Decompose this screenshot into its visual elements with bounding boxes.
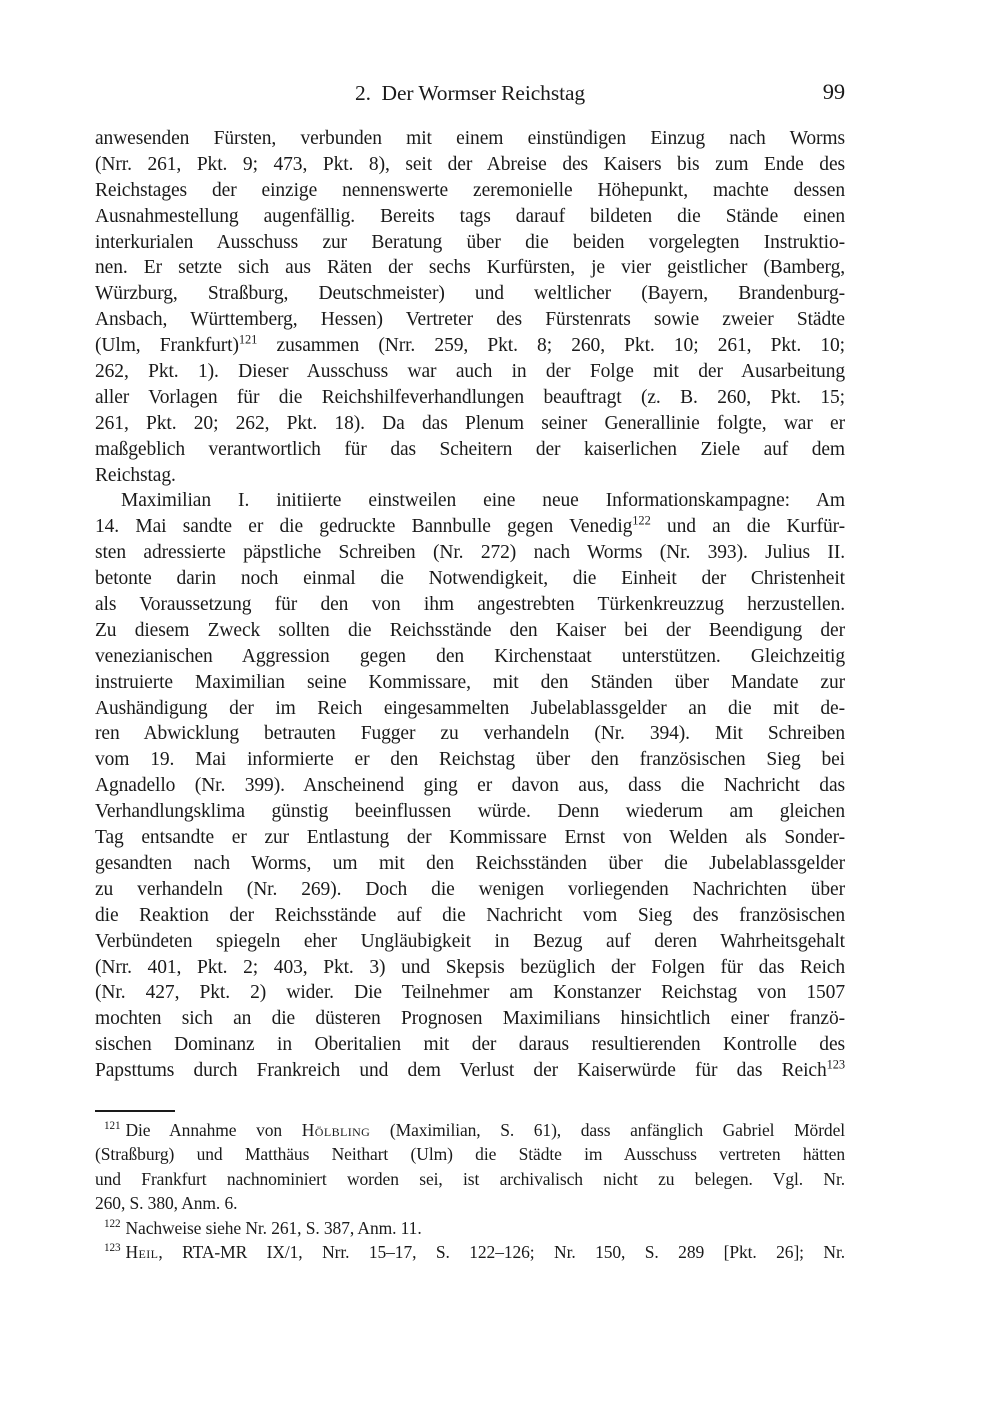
text-line: Tag entsandte er zur Entlastung der Komm…: [95, 825, 845, 851]
text-line: Ausnahmestellung augenfällig. Bereits ta…: [95, 204, 845, 230]
small-caps-name: Hölbling: [302, 1120, 371, 1140]
footnote-marker: 121: [239, 333, 257, 347]
text-run: Würzburg, Straßburg, Deutschmeister) und…: [95, 283, 845, 304]
text-run: Tag entsandte er zur Entlastung der Komm…: [95, 827, 845, 848]
text-run: und an die Kurfür-: [651, 516, 845, 537]
text-run: und Frankfurt nachnominiert worden sei, …: [95, 1169, 845, 1189]
text-run: betonte darin noch einmal die Notwendigk…: [95, 568, 845, 589]
footnote-marker: 123: [827, 1058, 845, 1072]
text-line: aller Vorlagen für die Reichshilfeverhan…: [95, 385, 845, 411]
text-run: instruierte Maximilian seine Kommissare,…: [95, 672, 845, 693]
text-line: instruierte Maximilian seine Kommissare,…: [95, 670, 845, 696]
text-line: 261, Pkt. 20; 262, Pkt. 18). Da das Plen…: [95, 411, 845, 437]
text-run: Ausnahmestellung augenfällig. Bereits ta…: [95, 206, 845, 227]
section-header-title: 2. Der Wormser Reichstag: [355, 79, 585, 107]
text-run: als Voraussetzung für den von ihm angest…: [95, 594, 845, 615]
footnotes-block: 121Die Annahme von Hölbling (Maximilian,…: [95, 1118, 845, 1264]
text-line: Verbündeten spiegeln eher Ungläubigkeit …: [95, 929, 845, 955]
text-run: (Ulm, Frankfurt): [95, 335, 239, 356]
text-line: 122Nachweise siehe Nr. 261, S. 387, Anm.…: [95, 1216, 845, 1240]
footnote-separator: [95, 1110, 175, 1112]
footnote-marker: 121: [104, 1120, 120, 1132]
text-run: anwesenden Fürsten, verbunden mit einem …: [95, 128, 845, 149]
text-line: (Nrr. 261, Pkt. 9; 473, Pkt. 8), seit de…: [95, 152, 845, 178]
text-run: 260, S. 380, Anm. 6.: [95, 1193, 237, 1213]
text-line: Reichstages der einzige nennenswerte zer…: [95, 178, 845, 204]
text-line: Reichstag.: [95, 463, 845, 489]
text-line: 123Heil, RTA-MR IX/1, Nrr. 15–17, S. 122…: [95, 1240, 845, 1264]
text-run: (Nr. 427, Pkt. 2) wider. Die Teilnehmer …: [95, 982, 845, 1003]
text-run: Maximilian I. initiierte einstweilen ein…: [121, 490, 845, 511]
text-run: zu verhandeln (Nr. 269). Doch die wenige…: [95, 879, 845, 900]
text-run: Ansbach, Württemberg, Hessen) Vertreter …: [95, 309, 845, 330]
text-line: zu verhandeln (Nr. 269). Doch die wenige…: [95, 877, 845, 903]
text-line: 14. Mai sandte er die gedruckte Bannbull…: [95, 514, 845, 540]
book-page: 2. Der Wormser Reichstag 99 anwesenden F…: [0, 0, 1004, 1418]
text-line: interkurialen Ausschuss zur Beratung übe…: [95, 230, 845, 256]
text-line: (Nrr. 401, Pkt. 2; 403, Pkt. 3) und Skep…: [95, 955, 845, 981]
text-run: nen. Er setzte sich aus Räten der sechs …: [95, 257, 845, 278]
text-run: Verbündeten spiegeln eher Ungläubigkeit …: [95, 931, 845, 952]
text-line: als Voraussetzung für den von ihm angest…: [95, 592, 845, 618]
text-run: Zu diesem Zweck sollten die Reichsstände…: [95, 620, 845, 641]
text-run: gesandten nach Worms, um mit den Reichss…: [95, 853, 845, 874]
text-line: 260, S. 380, Anm. 6.: [95, 1191, 845, 1215]
page-number: 99: [823, 78, 845, 106]
text-line: anwesenden Fürsten, verbunden mit einem …: [95, 126, 845, 152]
text-run: Papsttums durch Frankreich und dem Verlu…: [95, 1060, 827, 1081]
text-line: ren Abwicklung betrauten Fugger zu verha…: [95, 721, 845, 747]
footnote-marker: 122: [632, 514, 650, 528]
text-run: ren Abwicklung betrauten Fugger zu verha…: [95, 723, 845, 744]
text-run: zusammen (Nrr. 259, Pkt. 8; 260, Pkt. 10…: [257, 335, 845, 356]
text-line: 121Die Annahme von Hölbling (Maximilian,…: [95, 1118, 845, 1142]
text-line: Zu diesem Zweck sollten die Reichsstände…: [95, 618, 845, 644]
text-line: Papsttums durch Frankreich und dem Verlu…: [95, 1058, 845, 1084]
text-run: 261, Pkt. 20; 262, Pkt. 18). Da das Plen…: [95, 413, 845, 434]
text-line: Agnadello (Nr. 399). Anscheinend ging er…: [95, 773, 845, 799]
text-run: (Nrr. 261, Pkt. 9; 473, Pkt. 8), seit de…: [95, 154, 845, 175]
text-line: maßgeblich verantwortlich für das Scheit…: [95, 437, 845, 463]
text-run: aller Vorlagen für die Reichshilfeverhan…: [95, 387, 845, 408]
text-run: sischen Dominanz in Oberitalien mit der …: [95, 1034, 845, 1055]
text-run: interkurialen Ausschuss zur Beratung übe…: [95, 232, 845, 253]
footnote-marker: 123: [104, 1242, 120, 1254]
text-line: sischen Dominanz in Oberitalien mit der …: [95, 1032, 845, 1058]
body-text: anwesenden Fürsten, verbunden mit einem …: [95, 126, 845, 1084]
text-run: venezianischen Aggression gegen den Kirc…: [95, 646, 845, 667]
text-run: die Reaktion der Reichsstände auf die Na…: [95, 905, 845, 926]
text-line: Maximilian I. initiierte einstweilen ein…: [95, 488, 845, 514]
text-run: (Maximilian, S. 61), dass anfänglich Gab…: [370, 1120, 845, 1140]
text-run: (Straßburg) und Matthäus Neithart (Ulm) …: [95, 1144, 845, 1164]
text-run: vom 19. Mai informierte er den Reichstag…: [95, 749, 845, 770]
text-line: die Reaktion der Reichsstände auf die Na…: [95, 903, 845, 929]
text-run: , RTA-MR IX/1, Nrr. 15–17, S. 122–126; N…: [158, 1242, 845, 1262]
text-line: betonte darin noch einmal die Notwendigk…: [95, 566, 845, 592]
text-run: Reichstag.: [95, 465, 176, 486]
text-line: venezianischen Aggression gegen den Kirc…: [95, 644, 845, 670]
text-run: sten adressierte päpstliche Schreiben (N…: [95, 542, 845, 563]
text-line: Ansbach, Württemberg, Hessen) Vertreter …: [95, 307, 845, 333]
text-line: gesandten nach Worms, um mit den Reichss…: [95, 851, 845, 877]
text-line: nen. Er setzte sich aus Räten der sechs …: [95, 255, 845, 281]
text-line: vom 19. Mai informierte er den Reichstag…: [95, 747, 845, 773]
footnote-marker: 122: [104, 1218, 120, 1230]
text-line: (Ulm, Frankfurt)121 zusammen (Nrr. 259, …: [95, 333, 845, 359]
text-run: Nachweise siehe Nr. 261, S. 387, Anm. 11…: [125, 1218, 421, 1238]
running-header: 2. Der Wormser Reichstag 99: [95, 79, 845, 107]
text-line: (Nr. 427, Pkt. 2) wider. Die Teilnehmer …: [95, 980, 845, 1006]
text-run: Verhandlungsklima günstig beeinflussen w…: [95, 801, 845, 822]
text-line: mochten sich an die düsteren Prognosen M…: [95, 1006, 845, 1032]
small-caps-name: Heil: [125, 1242, 158, 1262]
text-run: 262, Pkt. 1). Dieser Ausschuss war auch …: [95, 361, 845, 382]
text-line: 262, Pkt. 1). Dieser Ausschuss war auch …: [95, 359, 845, 385]
text-line: Würzburg, Straßburg, Deutschmeister) und…: [95, 281, 845, 307]
text-run: (Nrr. 401, Pkt. 2; 403, Pkt. 3) und Skep…: [95, 957, 845, 978]
text-run: Aushändigung der im Reich eingesammelten…: [95, 698, 845, 719]
text-run: maßgeblich verantwortlich für das Scheit…: [95, 439, 845, 460]
text-run: 14. Mai sandte er die gedruckte Bannbull…: [95, 516, 632, 537]
text-run: Reichstages der einzige nennenswerte zer…: [95, 180, 845, 201]
text-run: Die Annahme von: [125, 1120, 301, 1140]
text-line: (Straßburg) und Matthäus Neithart (Ulm) …: [95, 1142, 845, 1166]
text-run: mochten sich an die düsteren Prognosen M…: [95, 1008, 845, 1029]
text-line: Aushändigung der im Reich eingesammelten…: [95, 696, 845, 722]
text-line: und Frankfurt nachnominiert worden sei, …: [95, 1167, 845, 1191]
text-line: sten adressierte päpstliche Schreiben (N…: [95, 540, 845, 566]
text-line: Verhandlungsklima günstig beeinflussen w…: [95, 799, 845, 825]
text-run: Agnadello (Nr. 399). Anscheinend ging er…: [95, 775, 845, 796]
